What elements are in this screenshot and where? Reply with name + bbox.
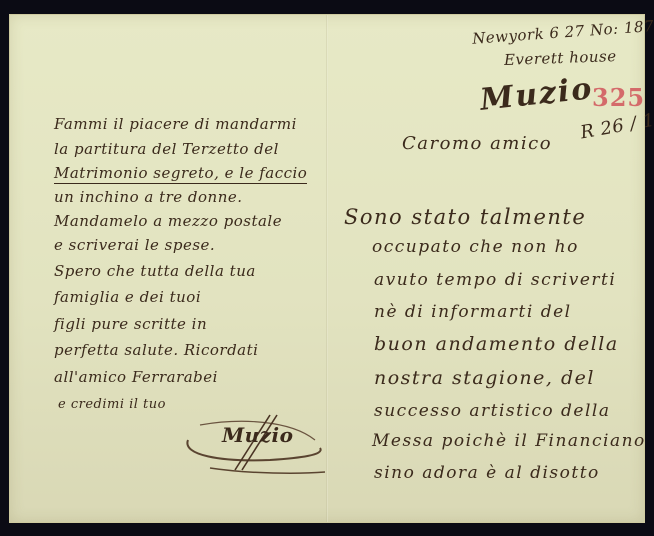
letter-line: buon andamento della [374,333,619,355]
letter-line: figli pure scritte in [54,315,207,333]
letter-line: successo artistico della [374,401,611,421]
letter-line: Mandamelo a mezzo postale [54,212,282,230]
letter-line: Fammi il piacere di mandarmi [54,115,297,133]
reference-number: R 26 / 12 [579,108,654,144]
letter-line: nè di informarti del [374,302,572,322]
letter-line: nostra stagione, del [374,367,595,389]
place-date: Newyork 6 27 No: 1874 [472,16,654,47]
letter-line: e scriverai le spese. [54,236,215,254]
letter-line: perfetta salute. Ricordati [54,341,258,359]
letter-line: famiglia e dei tuoi [54,288,201,306]
signature: Muzio [222,423,293,447]
letter-line: all'amico Ferrarabei [54,368,218,386]
letter-line: Sono stato talmente [344,205,586,229]
letter-line: sino adora è al disotto [374,463,600,483]
letter-line: avuto tempo di scriverti [374,270,616,290]
letter-line: Spero che tutta della tua [54,262,256,280]
letter-paper: Newyork 6 27 No: 1874 Everett house Muzi… [9,14,645,523]
archive-number-stamp: 325 [592,83,645,112]
letter-line: un inchino a tre donne. [54,188,243,206]
letter-line: occupato che non ho [372,237,579,257]
letter-line: Matrimonio segreto, e le faccio [54,164,307,184]
address: Everett house [504,47,617,69]
letter-line: la partitura del Terzetto del [54,140,279,158]
letter-line: e credimi il tuo [58,397,166,412]
sender-name-heading: Muzio [478,71,595,118]
salutation: Caromo amico [402,133,552,154]
letter-line: Messa poichè il Financiano [372,431,646,451]
